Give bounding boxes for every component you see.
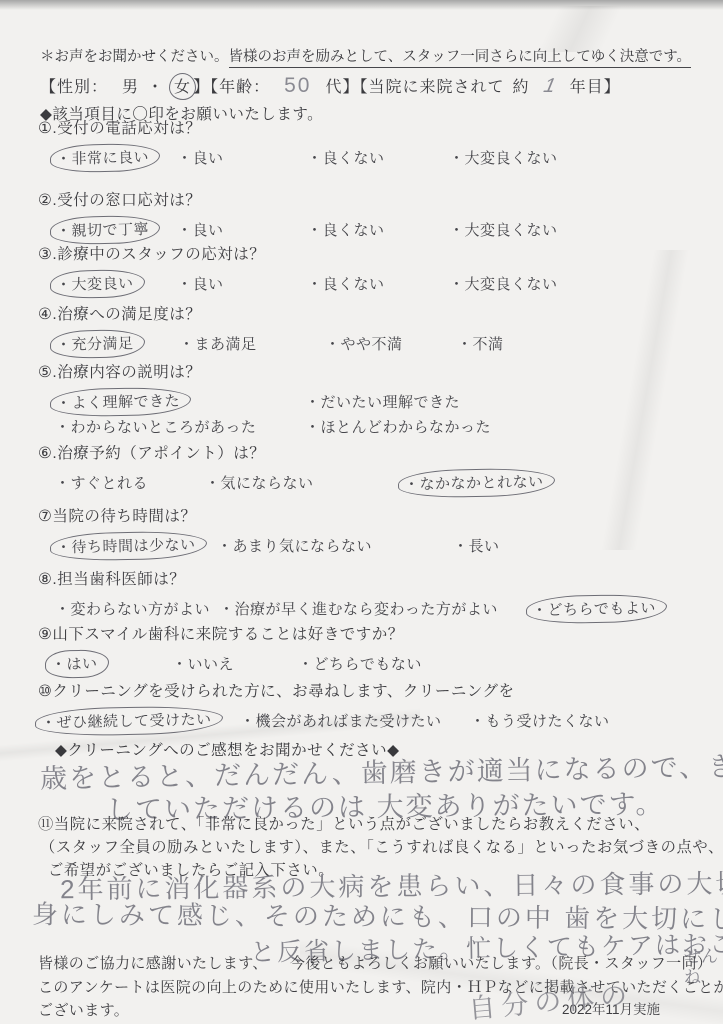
q11-prompt-line-1: ⑪当院に来院されて、「非常に良かった」という点がございましたらお教えください、: [38, 812, 650, 834]
handwritten-circle-mark: ・はい: [45, 649, 109, 678]
age-value-handwritten: 50: [284, 74, 311, 97]
handwritten-circle-mark: ・どちらでもよい: [526, 594, 667, 625]
question-options-row: ・変わらない方がよい・治療が早く進むなら変わった方がよい・どちらでもよい: [38, 598, 715, 620]
sex-male: 男: [122, 79, 139, 96]
option: ・だいたい理解できた: [305, 391, 460, 413]
question-label: ④.治療への満足度は？: [38, 302, 715, 324]
question-options-row: ・非常に良い・良い・良くない・大変良くない: [38, 147, 715, 169]
question-block-9: ⑨山下スマイル歯科に来院することは好きですか？・はい・いいえ・どちらでもない: [38, 622, 715, 675]
option-circled: ・どちらでもよい: [531, 598, 659, 620]
scanned-survey-page: ＊お声をお聞かせください。皆様のお声を励みとして、スタッフ一同さらに向上してゆく…: [0, 0, 723, 1024]
age-close: 代】: [325, 79, 359, 96]
handwritten-circle-mark: ・大変良い: [50, 269, 145, 299]
q11-prompt-line-2: （スタッフ全員の励みといたします）、また、「こうすれば良くなる」といったお気づき…: [40, 835, 723, 857]
question-block-1: ①.受付の電話応対は？・非常に良い・良い・良くない・大変良くない: [38, 116, 715, 169]
question-label: ⑧.担当歯科医師は？: [38, 567, 715, 589]
question-options-row: ・待ち時間は少ない・あまり気にならない・長い: [38, 535, 715, 557]
option: ・大変良くない: [449, 219, 558, 241]
question-options-row: ・よく理解できた・だいたい理解できた: [38, 391, 715, 413]
option: ・すぐとれる: [55, 472, 205, 494]
option: ・変わらない方がよい: [55, 598, 219, 620]
option: ・やや不満: [325, 333, 457, 355]
option: ・機会があればまた受けたい: [240, 710, 470, 732]
profile-line: 【性別：男・女】【年齢：50代】【当院に来院されて約1年目】: [40, 74, 621, 98]
option-circled: ・よく理解できた: [55, 391, 305, 413]
footer-usage-line-2: ございます。: [38, 999, 129, 1020]
question-label: ①.受付の電話応対は？: [38, 116, 715, 138]
question-block-2: ②.受付の窓口応対は？・親切で丁寧・良い・良くない・大変良くない: [38, 188, 715, 241]
sex-separator: ・: [147, 79, 164, 96]
option-circled: ・はい: [50, 653, 172, 675]
footer-regards: 今後ともよろしくお願いいたします。（院長・スタッフ一同）: [290, 955, 713, 972]
option: ・長い: [453, 535, 500, 557]
handwritten-circle-mark: ・親切で丁寧: [50, 215, 161, 245]
age-open: 【年齢：: [210, 79, 270, 96]
question-block-3: ③.診療中のスタッフの応対は？・大変良い・良い・良くない・大変良くない: [38, 242, 715, 295]
intro-underlined: 皆様のお声を励みとして、スタッフ一同さらに向上してゆく決意です。: [229, 49, 692, 68]
option-circled: ・親切で丁寧: [55, 219, 177, 241]
handwritten-circle-mark: ・なかなかとれない: [398, 467, 555, 498]
question-block-7: ⑦当院の待ち時間は？・待ち時間は少ない・あまり気にならない・長い: [38, 504, 715, 557]
question-options-row: ・すぐとれる・気にならない・なかなかとれない: [38, 472, 715, 494]
handwritten-circle-mark: ・非常に良い: [50, 143, 161, 173]
sex-female-circled: 女: [169, 73, 196, 100]
question-label: ⑤.治療内容の説明は？: [38, 360, 715, 382]
sex-open: 【性別：: [40, 79, 108, 96]
option-circled: ・充分満足: [55, 333, 179, 355]
option: ・良くない: [307, 219, 449, 241]
question-block-6: ⑥.治療予約（アポイント）は？・すぐとれる・気にならない・なかなかとれない: [38, 441, 715, 494]
option: ・良くない: [307, 147, 449, 169]
option-circled: ・大変良い: [55, 273, 177, 295]
question-options-row: ・充分満足・まあ満足・やや不満・不満: [38, 333, 715, 355]
option: ・治療が早く進むなら変わった方がよい: [219, 598, 531, 620]
question-options-row: ・ぜひ継続して受けたい・機会があればまた受けたい・もう受けたくない: [38, 710, 715, 732]
question-label: ②.受付の窓口応対は？: [38, 188, 715, 210]
question-block-5: ⑤.治療内容の説明は？・よく理解できた・だいたい理解できた・わからないところがあ…: [38, 360, 715, 437]
option: ・良い: [177, 273, 307, 295]
question-options-row: ・わからないところがあった・ほとんどわからなかった: [38, 416, 715, 437]
option-circled: ・なかなかとれない: [403, 472, 547, 494]
option: ・ほとんどわからなかった: [305, 416, 491, 437]
question-options-row: ・大変良い・良い・良くない・大変良くない: [38, 273, 715, 295]
option: ・良い: [177, 147, 307, 169]
option: ・もう受けたくない: [470, 710, 610, 732]
question-options-row: ・親切で丁寧・良い・良くない・大変良くない: [38, 219, 715, 241]
question-label: ⑦当院の待ち時間は？: [38, 504, 715, 526]
option-circled: ・待ち時間は少ない: [55, 535, 217, 557]
visit-about: 約: [512, 79, 529, 96]
option: ・あまり気にならない: [217, 535, 453, 557]
handwritten-circle-mark: ・よく理解できた: [50, 387, 192, 418]
option: ・大変良くない: [449, 147, 558, 169]
question-label: ⑥.治療予約（アポイント）は？: [38, 441, 715, 463]
option: ・まあ満足: [179, 333, 325, 355]
footer-thanks: 皆様のご協力に感謝いたします、: [38, 955, 268, 972]
option: ・わからないところがあった: [55, 416, 305, 437]
intro-plain: ＊お声をお聞かせください。: [40, 49, 229, 65]
footer-thanks-line: 皆様のご協力に感謝いたします、今後ともよろしくお願いいたします。（院長・スタッフ…: [38, 952, 712, 973]
question-options-row: ・はい・いいえ・どちらでもない: [38, 653, 715, 675]
visit-open: 【当院に来院されて: [359, 79, 504, 96]
question-block-10: ⑩クリーニングを受けられた方に、お尋ねします、クリーニングを・ぜひ継続して受けた…: [38, 679, 715, 732]
option: ・どちらでもない: [298, 653, 422, 675]
option: ・いいえ: [172, 653, 298, 675]
question-block-8: ⑧.担当歯科医師は？・変わらない方がよい・治療が早く進むなら変わった方がよい・ど…: [38, 567, 715, 620]
question-label: ⑩クリーニングを受けられた方に、お尋ねします、クリーニングを: [38, 679, 715, 701]
option: ・良くない: [307, 273, 449, 295]
option: ・不満: [457, 333, 504, 355]
option-circled: ・ぜひ継続して受けたい: [40, 710, 240, 732]
visit-value-handwritten: 1: [539, 75, 560, 98]
question-label: ③.診療中のスタッフの応対は？: [38, 242, 715, 264]
option: ・良い: [177, 219, 307, 241]
handwritten-circle-mark: ・充分満足: [50, 329, 145, 359]
option: ・気にならない: [205, 472, 403, 494]
sex-close: 】: [193, 79, 210, 96]
intro-line: ＊お声をお聞かせください。皆様のお声を励みとして、スタッフ一同さらに向上してゆく…: [40, 45, 691, 66]
visit-close: 年目】: [570, 79, 621, 96]
handwritten-circle-mark: ・ぜひ継続して受けたい: [35, 705, 223, 737]
option: ・大変良くない: [449, 273, 558, 295]
option-circled: ・非常に良い: [55, 147, 177, 169]
question-block-4: ④.治療への満足度は？・充分満足・まあ満足・やや不満・不満: [38, 302, 715, 355]
handwritten-circle-mark: ・待ち時間は少ない: [50, 530, 207, 561]
question-label: ⑨山下スマイル歯科に来院することは好きですか？: [38, 622, 715, 644]
